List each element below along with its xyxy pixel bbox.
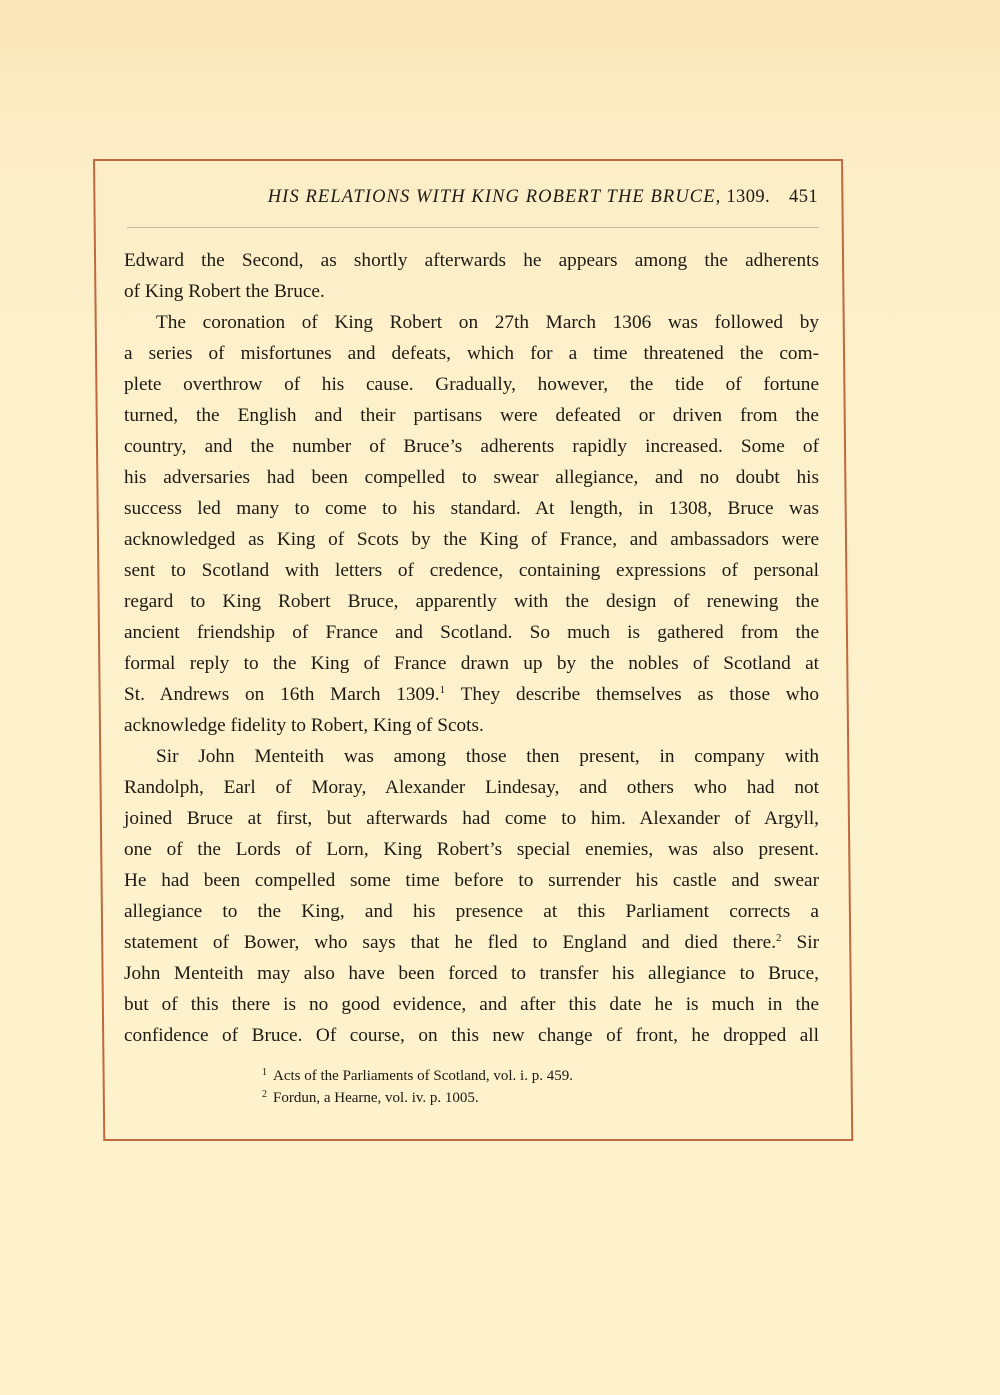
text-fragment: statement of Bower, who says that he fle… [124,932,776,953]
footnotes: 1Acts of the Parliaments of Scotland, vo… [262,1062,762,1106]
text-line: plete overthrow of his cause. Gradually,… [124,369,819,400]
footnote-text: Fordun, a Hearne, vol. iv. p. 1005. [273,1090,479,1106]
text-line: regard to King Robert Bruce, apparently … [124,586,819,617]
paragraph-start-line: Sir John Menteith was among those then p… [124,741,819,772]
body-text: Edward the Second, as shortly afterwards… [124,245,819,1051]
footnote-marker: 1 [262,1067,267,1078]
running-header: HIS RELATIONS WITH KING ROBERT THE BRUCE… [120,184,818,210]
footnote-text: Acts of the Parliaments of Scotland, vol… [273,1068,573,1084]
text-line: John Menteith may also have been forced … [124,958,819,989]
text-fragment: Sir [782,932,819,953]
text-fragment: St. Andrews on 16th March 1309. [124,684,440,705]
text-line: confidence of Bruce. Of course, on this … [124,1020,819,1051]
page-number: 451 [789,187,818,207]
text-line: one of the Lords of Lorn, King Robert’s … [124,834,819,865]
text-line: turned, the English and their partisans … [124,400,819,431]
text-line: formal reply to the King of France drawn… [124,648,819,679]
paragraph-start-line: The coronation of King Robert on 27th Ma… [124,307,819,338]
text-line: Edward the Second, as shortly afterwards… [124,245,819,276]
text-line: country, and the number of Bruce’s adher… [124,431,819,462]
text-line: allegiance to the King, and his presence… [124,896,819,927]
footnote-1: 1Acts of the Parliaments of Scotland, vo… [262,1062,762,1084]
text-line: sent to Scotland with letters of credenc… [124,555,819,586]
text-line: a series of misfortunes and defeats, whi… [124,338,819,369]
text-line: Randolph, Earl of Moray, Alexander Linde… [124,772,819,803]
running-title: HIS RELATIONS WITH KING ROBERT THE BRUCE… [268,187,722,207]
text-line: He had been compelled some time before t… [124,865,819,896]
text-line: success led many to come to his standard… [124,493,819,524]
footnote-marker: 2 [262,1089,267,1100]
text-fragment: They describe themselves as those who [445,684,819,705]
text-line: ancient friendship of France and Scotlan… [124,617,819,648]
header-rule [127,227,819,228]
text-line: his adversaries had been compelled to sw… [124,462,819,493]
text-line: joined Bruce at first, but afterwards ha… [124,803,819,834]
text-line: acknowledge fidelity to Robert, King of … [124,710,819,741]
text-line: St. Andrews on 16th March 1309.1 They de… [124,679,819,710]
text-line: acknowledged as King of Scots by the Kin… [124,524,819,555]
footnote-2: 2Fordun, a Hearne, vol. iv. p. 1005. [262,1084,762,1106]
running-year: 1309. [726,187,770,207]
text-line: of King Robert the Bruce. [124,276,819,307]
text-line: but of this there is no good evidence, a… [124,989,819,1020]
text-line: statement of Bower, who says that he fle… [124,927,819,958]
